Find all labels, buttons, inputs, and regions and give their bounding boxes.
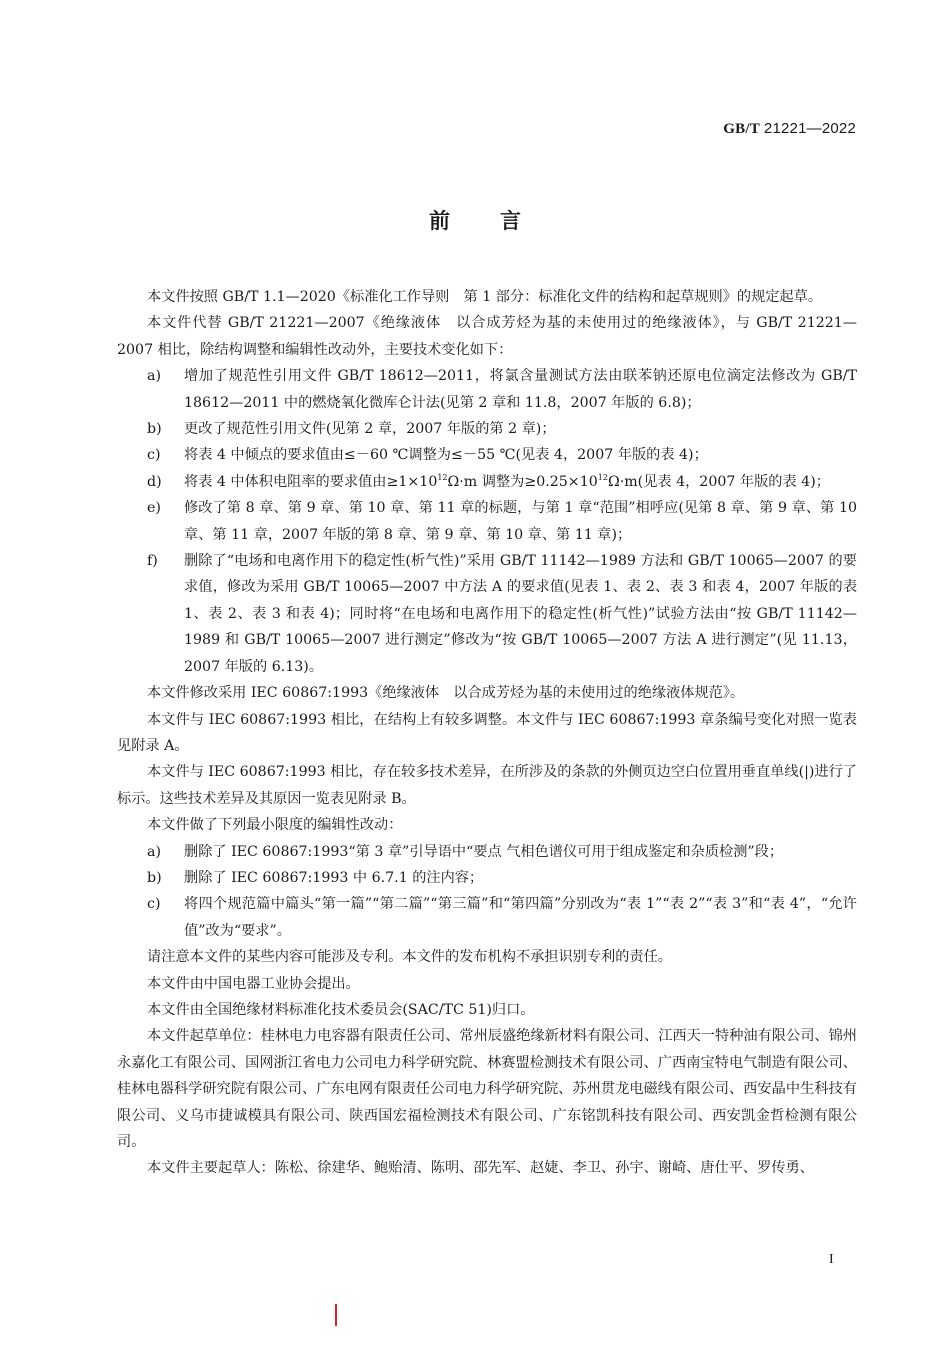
- paragraph-drafting-rules: 本文件按照 GB/T 1.1—2020《标准化工作导则 第 1 部分：标准化文件…: [117, 284, 857, 310]
- title-char-2: 言: [500, 205, 521, 235]
- page-title: 前言: [0, 205, 950, 235]
- list-item: b)删除了 IEC 60867:1993 中 6.7.1 的注内容；: [117, 865, 857, 891]
- paragraph-patent-notice: 请注意本文件的某些内容可能涉及专利。本文件的发布机构不承担识别专利的责任。: [117, 944, 857, 970]
- paragraph-structure-diff: 本文件与 IEC 60867:1993 相比，在结构上有较多调整。本文件与 IE…: [117, 707, 857, 760]
- list-item: c)将表 4 中倾点的要求值由≤－60 ℃调整为≤－55 ℃(见表 4，2007…: [117, 442, 857, 468]
- foreword-body: 本文件按照 GB/T 1.1—2020《标准化工作导则 第 1 部分：标准化文件…: [117, 284, 857, 1182]
- standard-prefix: GB/T: [723, 121, 760, 137]
- paragraph-drafters: 本文件主要起草人：陈松、徐建华、鲍贻清、陈明、邵先军、赵婕、李卫、孙宇、谢崎、唐…: [117, 1155, 857, 1181]
- list-item: a)删除了 IEC 60867:1993“第 3 章”引导语中“要点 气相色谱仪…: [117, 839, 857, 865]
- paragraph-replacement: 本文件代替 GB/T 21221—2007《绝缘液体 以合成芳烃为基的未使用过的…: [117, 310, 857, 363]
- paragraph-iec-adoption: 本文件修改采用 IEC 60867:1993《绝缘液体 以合成芳烃为基的未使用过…: [117, 680, 857, 706]
- paragraph-proposer: 本文件由中国电器工业协会提出。: [117, 971, 857, 997]
- paragraph-technical-committee: 本文件由全国绝缘材料标准化技术委员会(SAC/TC 51)归口。: [117, 997, 857, 1023]
- page-number: I: [829, 1252, 834, 1268]
- paragraph-drafting-units: 本文件起草单位：桂林电力电容器有限责任公司、常州辰盛绝缘新材料有限公司、江西天一…: [117, 1023, 857, 1155]
- paragraph-technical-diff: 本文件与 IEC 60867:1993 相比，存在较多技术差异，在所涉及的条款的…: [117, 759, 857, 812]
- list-item: b)更改了规范性引用文件(见第 2 章，2007 年版的第 2 章)；: [117, 416, 857, 442]
- title-char-1: 前: [429, 205, 450, 235]
- standard-number: 21221—2022: [764, 120, 856, 137]
- text-cursor-marker: [335, 1304, 337, 1326]
- technical-changes-list: a)增加了规范性引用文件 GB/T 18612—2011，将氯含量测试方法由联苯…: [117, 363, 857, 680]
- list-item: e)修改了第 8 章、第 9 章、第 10 章、第 11 章的标题，与第 1 章…: [117, 495, 857, 548]
- list-item: c)将四个规范篇中篇头“第一篇”“第二篇”“第三篇”和“第四篇”分别改为“表 1…: [117, 891, 857, 944]
- list-item: d)将表 4 中体积电阻率的要求值由≥1×1012Ω·m 调整为≥0.25×10…: [117, 469, 857, 495]
- standard-code: GB/T 21221—2022: [723, 120, 856, 138]
- editorial-changes-list: a)删除了 IEC 60867:1993“第 3 章”引导语中“要点 气相色谱仪…: [117, 839, 857, 945]
- list-item: a)增加了规范性引用文件 GB/T 18612—2011，将氯含量测试方法由联苯…: [117, 363, 857, 416]
- paragraph-editorial-intro: 本文件做了下列最小限度的编辑性改动：: [117, 812, 857, 838]
- list-item: f)删除了“电场和电离作用下的稳定性(析气性)”采用 GB/T 11142—19…: [117, 548, 857, 680]
